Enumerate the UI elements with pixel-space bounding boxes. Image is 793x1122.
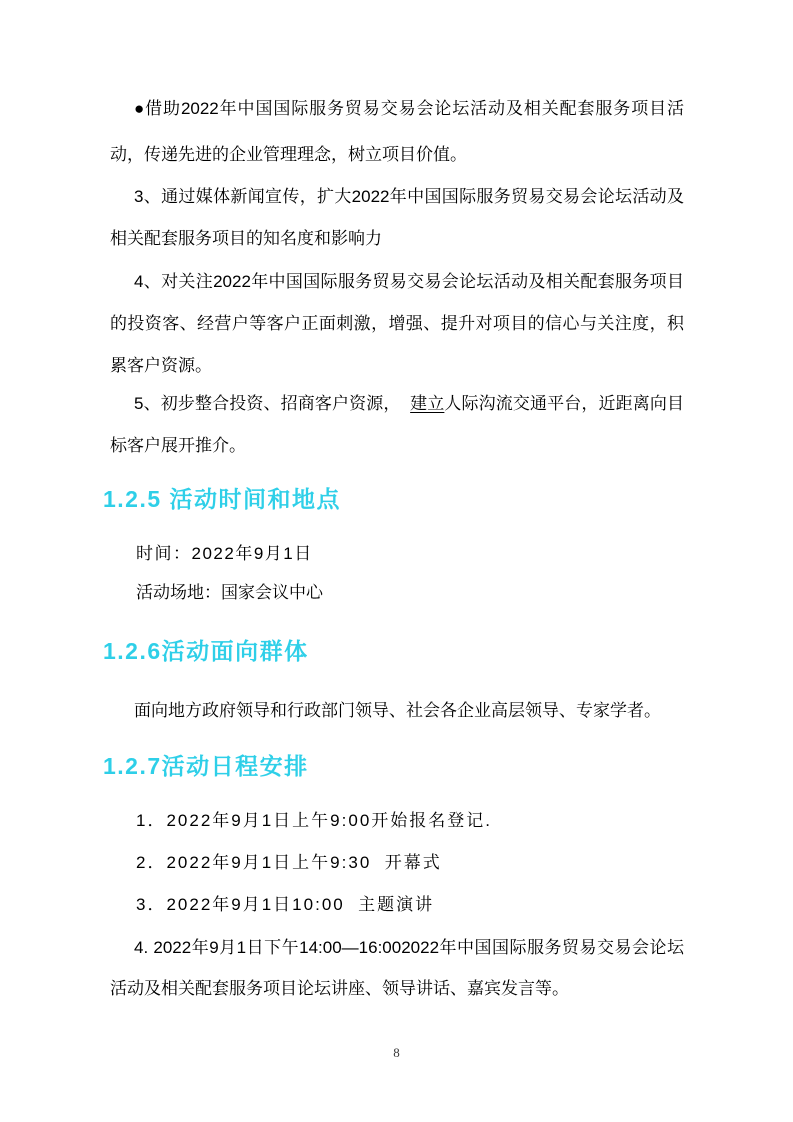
paragraph-5-text-before: 5、初步整合投资、招商客户资源， (134, 394, 410, 413)
section-heading-1-2-6: 1.2.6活动面向群体 (103, 636, 723, 666)
schedule-item-4: 4. 2022年9月1日下午14:00—16:002022年中国国际服务贸易交易… (110, 927, 684, 1009)
schedule-item-3: 3．2022年9月1日10:00 主题演讲 (110, 893, 710, 917)
paragraph-item-3: 3、通过媒体新闻宣传，扩大2022年中国国际服务贸易交易会论坛活动及相关配套服务… (110, 176, 684, 260)
document-page: ●借助2022年中国国际服务贸易交易会论坛活动及相关配套服务项目活动，传递先进的… (0, 0, 793, 1122)
audience-line: 面向地方政府领导和行政部门领导、社会各企业高层领导、专家学者。 (110, 699, 684, 723)
paragraph-item-4: 4、对关注2022年中国国际服务贸易交易会论坛活动及相关配套服务项目的投资客、经… (110, 261, 684, 387)
paragraph-item-5: 5、初步整合投资、招商客户资源， 建立人际沟流交通平台，近距离向目标客户展开推介… (110, 383, 684, 467)
section-heading-1-2-7: 1.2.7活动日程安排 (103, 751, 723, 781)
page-number: 8 (0, 1045, 793, 1061)
paragraph-5-underlined-text: 建立 (410, 394, 444, 413)
schedule-item-1: 1．2022年9月1日上午9:00开始报名登记. (110, 809, 710, 833)
schedule-item-2: 2．2022年9月1日上午9:30 开幕式 (110, 851, 710, 875)
event-venue-line: 活动场地：国家会议中心 (110, 581, 710, 605)
bullet-paragraph: ●借助2022年中国国际服务贸易交易会论坛活动及相关配套服务项目活动，传递先进的… (110, 86, 684, 178)
section-heading-1-2-5: 1.2.5 活动时间和地点 (103, 484, 723, 514)
event-time-line: 时间：2022年9月1日 (110, 542, 710, 566)
